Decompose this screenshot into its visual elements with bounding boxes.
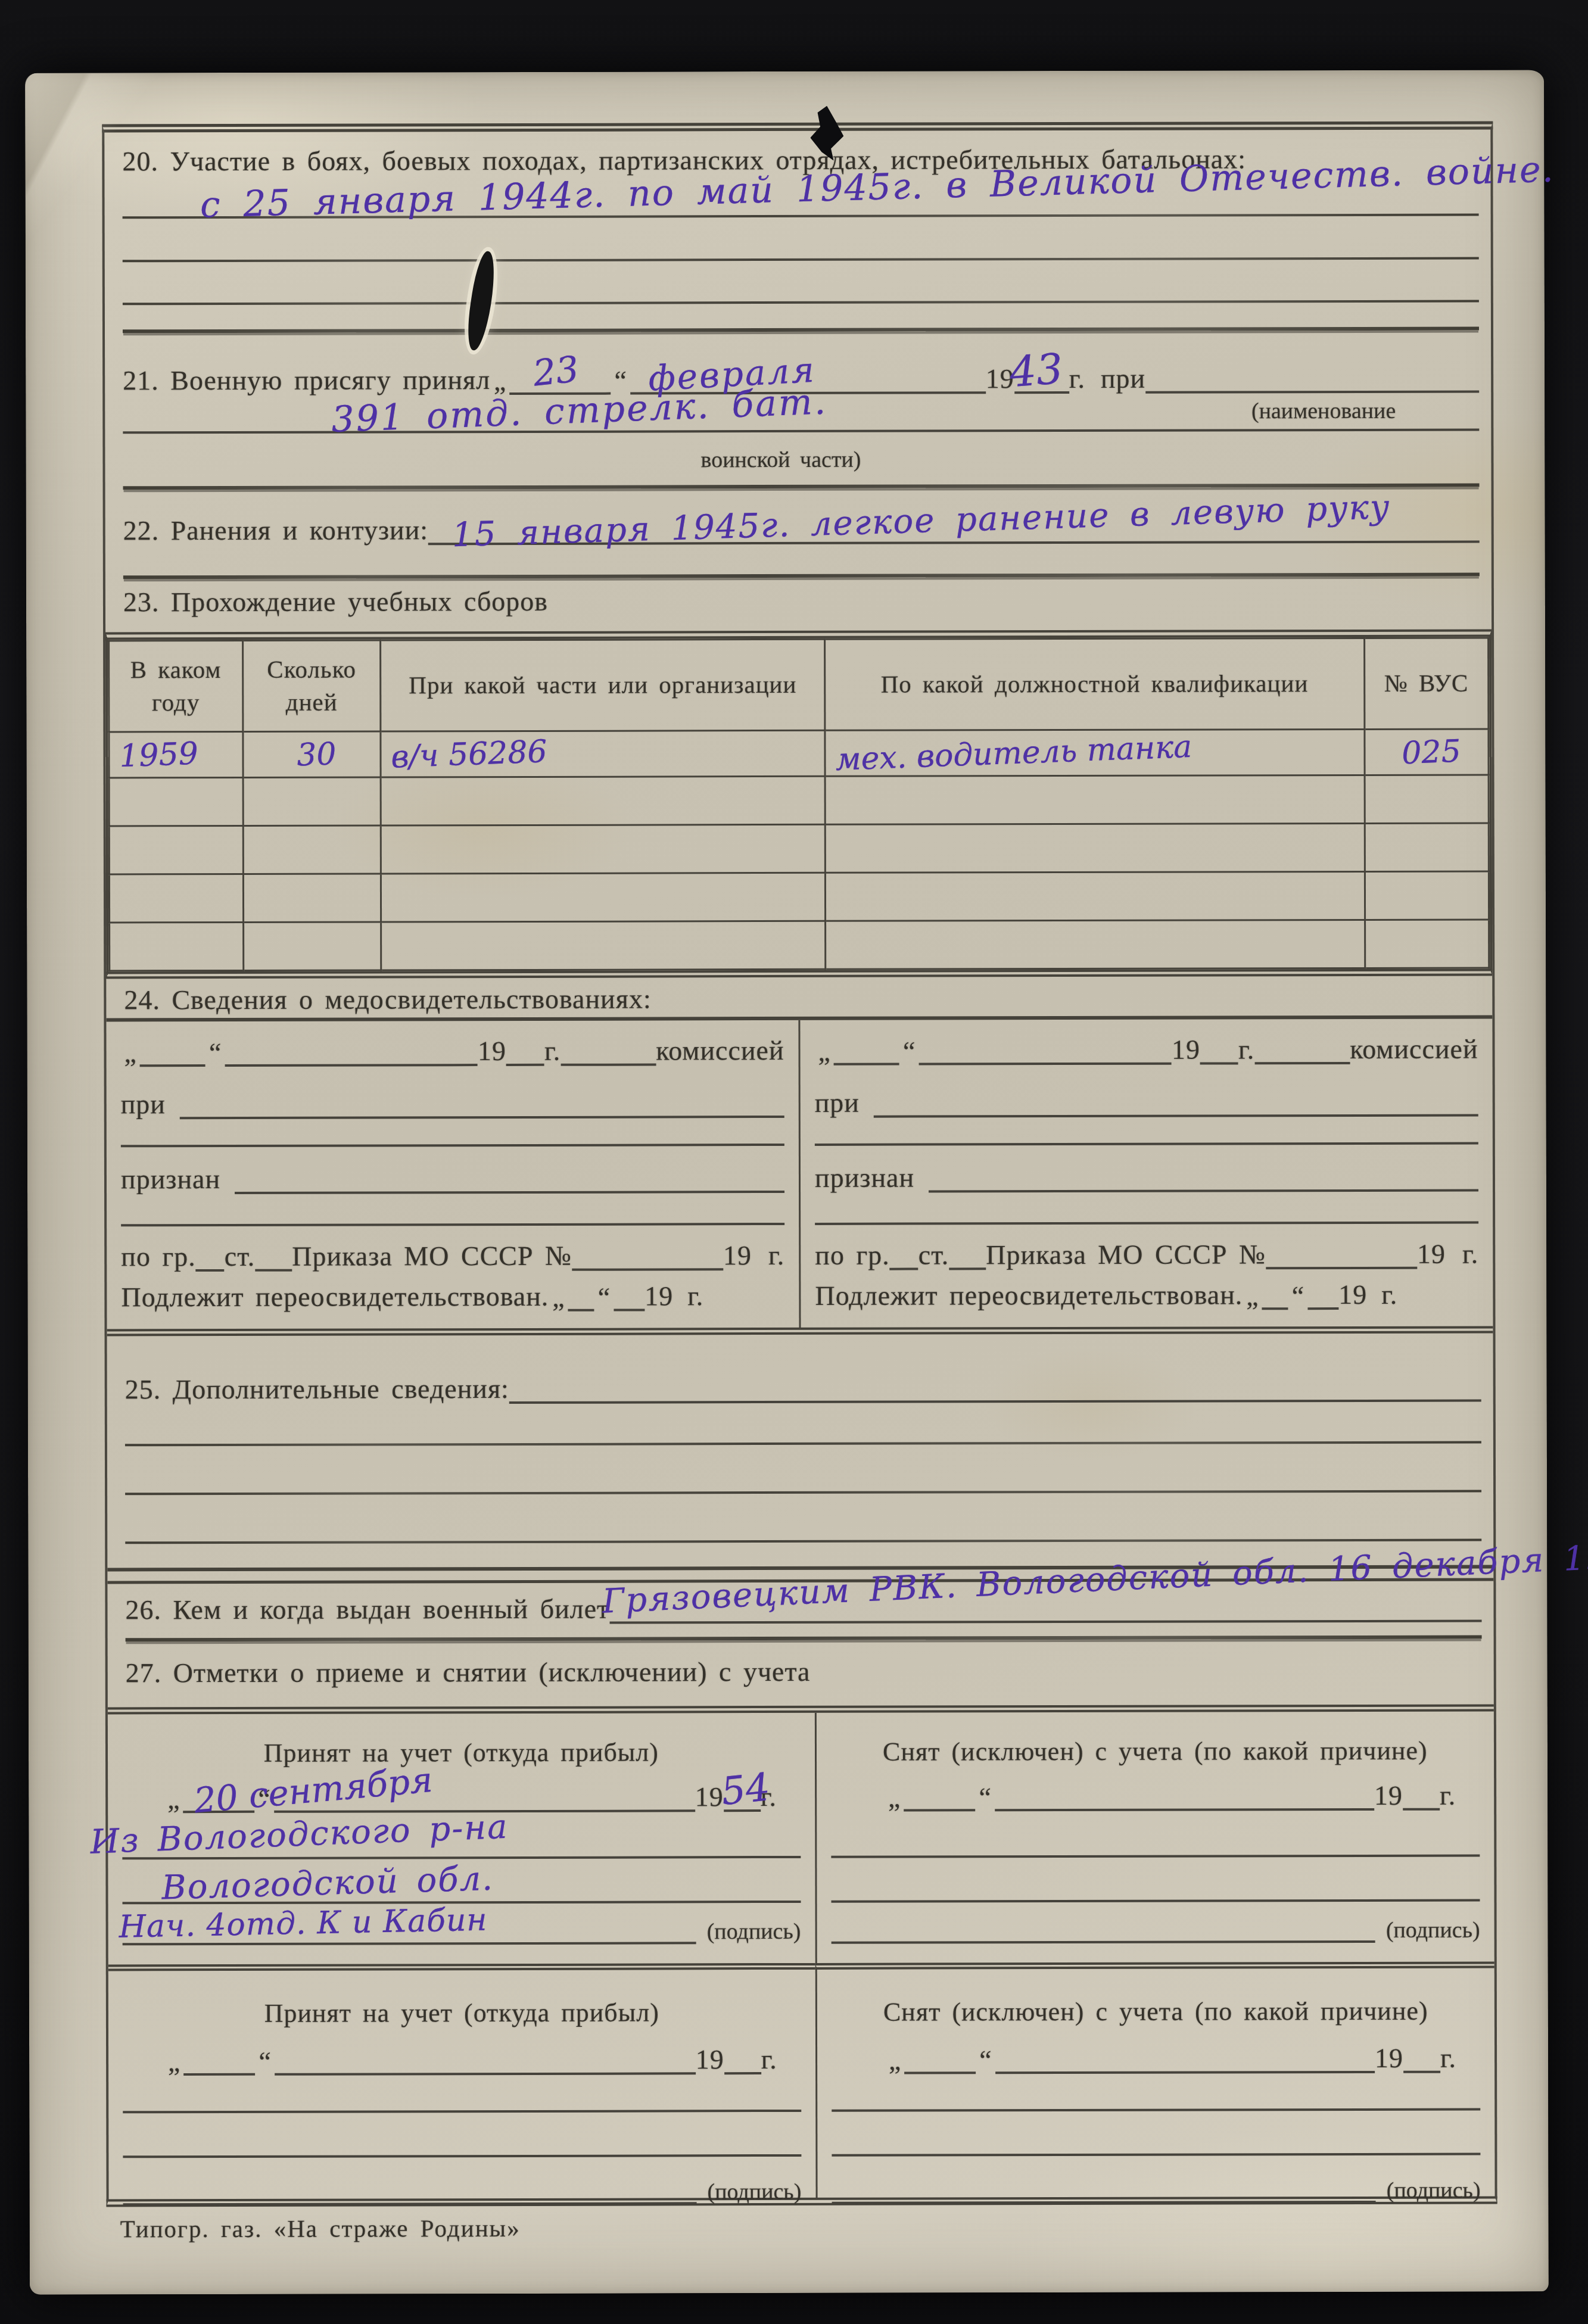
- po-gr-label: по гр.: [815, 1241, 890, 1270]
- col-vus: № ВУС: [1384, 669, 1469, 697]
- section23-label: 23. Прохождение учебных сборов: [123, 587, 548, 617]
- table-header-row: В каком году Сколько дней При какой част…: [109, 638, 1489, 732]
- podpis-label: (подпись): [708, 2180, 802, 2204]
- year-suffix: г.: [761, 2045, 777, 2074]
- table-row: [109, 871, 1489, 923]
- year-prefix: 19: [695, 1783, 724, 1812]
- section25-label: 25. Дополнительные сведения:: [125, 1374, 509, 1404]
- podpis-label: (подпись): [1386, 1918, 1480, 1943]
- blank: [874, 1082, 1478, 1118]
- removed-cell-blank: Снят (исключен) с учета (по какой причин…: [815, 1712, 1494, 1963]
- document-page: 20. Участие в боях, боевых походах, парт…: [25, 70, 1549, 2294]
- po-gr-label: по гр.: [121, 1242, 196, 1272]
- ruled-line: [123, 2110, 801, 2113]
- section21-note-unit: воинской части): [700, 448, 861, 473]
- year-blank: [1403, 2034, 1440, 2073]
- accepted-header: Принят на учет (откуда прибыл): [108, 1738, 815, 1768]
- blank: [235, 1158, 784, 1194]
- month-blank: [275, 2035, 696, 2075]
- quote-open: „: [885, 1784, 904, 1812]
- podpis-label: (подпись): [1387, 2179, 1481, 2203]
- signature-row: (подпись): [831, 1909, 1480, 1944]
- table-row: [109, 775, 1489, 826]
- day-blank: [183, 2036, 255, 2076]
- year-blank: [1403, 1771, 1440, 1811]
- year-prefix: 19: [644, 1282, 673, 1311]
- section26-label: 26. Кем и когда выдан военный билет: [125, 1594, 609, 1625]
- prikaz-label: Приказа МО СССР №: [986, 1240, 1266, 1270]
- med-reexam-row: Подлежит переосвидетельствован. „ “ 19 г…: [121, 1276, 784, 1312]
- prikaz-label: Приказа МО СССР №: [292, 1241, 572, 1272]
- med-priznan-row: признан: [121, 1158, 784, 1194]
- quote-open: „: [164, 2048, 184, 2076]
- ruled-line: [815, 1222, 1478, 1225]
- pri-label: при: [121, 1090, 166, 1120]
- year-blank: 54: [724, 1772, 761, 1812]
- year-suffix: г.: [687, 1282, 703, 1311]
- ruled-line: [123, 257, 1479, 263]
- accepted-cell-blank: Принят на учет (откуда прибыл) „ “ 19 г.…: [108, 1963, 816, 2199]
- month-blank: [995, 2034, 1375, 2074]
- section-divider: [126, 1635, 1482, 1642]
- med-date-row: „ “ 19 г. комиссией: [120, 1029, 784, 1067]
- section22-handwriting: 15 января 1945г. легкое ранение в левую …: [452, 488, 1391, 554]
- ruled-line: [831, 1855, 1480, 1858]
- quote-open: „: [549, 1284, 568, 1311]
- quote-close: “: [255, 2048, 275, 2076]
- commission-label: комиссией: [1350, 1035, 1478, 1064]
- signature-blank: Нач. 4отд. К и Кабин: [123, 1911, 696, 1945]
- med-order-row: по гр. ст. Приказа МО СССР № 19 г.: [815, 1235, 1478, 1270]
- section27-year-handwriting: 54: [719, 1765, 772, 1814]
- ruled-line: [832, 2108, 1480, 2112]
- entry-unit: в/ч 56286: [381, 734, 548, 779]
- year-suffix: г.: [544, 1036, 561, 1066]
- signature-blank: [831, 1909, 1375, 1944]
- commission-label: комиссией: [656, 1036, 784, 1066]
- blank: [509, 1367, 1481, 1404]
- section21-unit-handwriting: 391 отд. стрелк. бат.: [331, 381, 828, 441]
- section-divider: [123, 327, 1479, 334]
- col-unit: При какой части или организации: [409, 671, 796, 699]
- accepted-date-row: „ “ 19 г.: [123, 2035, 801, 2076]
- pri-label: при: [815, 1088, 860, 1118]
- col-year: В каком году: [130, 656, 222, 716]
- med-order-row: по гр. ст. Приказа МО СССР № 19 г.: [121, 1236, 784, 1272]
- quote-open: „: [164, 1786, 183, 1813]
- table-row: [109, 823, 1489, 874]
- section22-row: 22. Ранения и контузии: 15 января 1945г.…: [123, 504, 1480, 546]
- podlezhit-label: Подлежит переосвидетельствован.: [121, 1282, 549, 1312]
- blank: [561, 1029, 656, 1066]
- removed-header: Снят (исключен) с учета (по какой причин…: [817, 1737, 1494, 1767]
- year-prefix: 19: [1417, 1239, 1446, 1269]
- year-prefix: 19: [696, 2045, 724, 2075]
- year-prefix: 19: [1375, 2043, 1403, 2073]
- med-priznan-row: признан: [815, 1157, 1478, 1193]
- blank: [918, 1028, 1172, 1066]
- removed-date-row: „ “ 19 г.: [832, 2034, 1480, 2074]
- section27-origin1-handwriting: Из Вологодского р-на: [89, 1808, 509, 1862]
- training-camps-table: В каком году Сколько дней При какой част…: [105, 630, 1492, 979]
- signature-row: Нач. 4отд. К и Кабин (подпись): [123, 1911, 801, 1945]
- unit-blank: 391 отд. стрелк. бат.: [123, 387, 1479, 434]
- st-label: ст.: [225, 1242, 256, 1272]
- signature-row: (подпись): [123, 2171, 801, 2205]
- blank: [834, 1029, 899, 1066]
- accepted-date-row: „ 20 сентября “ 19 54 г.: [122, 1772, 801, 1813]
- blank: [1254, 1027, 1350, 1064]
- year-prefix: 19: [1338, 1280, 1367, 1310]
- blank: [1262, 1275, 1288, 1310]
- blank: [614, 1277, 644, 1311]
- section-divider: [123, 573, 1480, 580]
- table-row: 1959 30 в/ч 56286 мех. водитель танка 02…: [109, 729, 1489, 778]
- blank: [1200, 1027, 1238, 1064]
- removed-header: Снят (исключен) с учета (по какой причин…: [817, 1997, 1494, 2027]
- ruled-line: [125, 1490, 1481, 1496]
- signature-blank: [832, 2170, 1376, 2204]
- medical-exams-block: „ “ 19 г. комиссией при признан: [106, 1015, 1493, 1337]
- med-reexam-row: Подлежит переосвидетельствован. „ “ 19 г…: [815, 1275, 1478, 1311]
- month-blank: [995, 1771, 1374, 1811]
- blank: [180, 1083, 784, 1119]
- year-suffix: г.: [1462, 1239, 1478, 1269]
- podpis-label: (подпись): [707, 1920, 801, 1944]
- entry-qualification: мех. водитель танка: [825, 729, 1192, 782]
- print-shop-imprint: Типогр. газ. «На страже Родины»: [120, 2215, 521, 2242]
- signature-row: (подпись): [832, 2170, 1480, 2204]
- section21-unit-row: 391 отд. стрелк. бат.: [123, 387, 1479, 434]
- col-qualification: По какой должностной квалификации: [881, 669, 1309, 698]
- day-blank: [904, 1772, 975, 1811]
- wounds-blank: 15 января 1945г. легкое ранение в левую …: [428, 504, 1480, 546]
- med-exam-column-left: „ “ 19 г. комиссией при признан: [106, 1020, 799, 1329]
- blank: [568, 1277, 594, 1311]
- blank: [255, 1237, 292, 1272]
- section27-signature-handwriting: Нач. 4отд. К и Кабин: [119, 1902, 488, 1945]
- ruled-line: [125, 1539, 1481, 1544]
- ruled-line: [123, 2154, 801, 2158]
- quote-close: “: [976, 2046, 995, 2074]
- year-suffix: г.: [1238, 1035, 1254, 1065]
- blank: [890, 1236, 918, 1270]
- removed-date-row: „ “ 19 г.: [831, 1771, 1480, 1812]
- blank: [225, 1029, 478, 1067]
- quote-close: “: [899, 1038, 919, 1066]
- section27-label: 27. Отметки о приеме и снятии (исключени…: [126, 1657, 811, 1688]
- year-prefix: 19: [1172, 1035, 1200, 1065]
- entry-days: 30: [287, 736, 337, 777]
- quote-close: “: [975, 1784, 995, 1811]
- podlezhit-label: Подлежит переосвидетельствован.: [815, 1281, 1243, 1311]
- signature-blank: [123, 2171, 696, 2205]
- entry-vus: 025: [1391, 734, 1462, 775]
- quote-close: “: [1288, 1282, 1308, 1310]
- med-date-row: „ “ 19 г. комиссией: [814, 1027, 1478, 1066]
- form-frame: 20. Участие в боях, боевых походах, парт…: [102, 122, 1497, 2207]
- removed-cell-blank: Снят (исключен) с учета (по какой причин…: [815, 1962, 1495, 2198]
- quote-open: „: [120, 1039, 140, 1067]
- year-blank: 43: [1014, 348, 1069, 394]
- med-pri-row: при: [121, 1083, 784, 1119]
- blank: [572, 1236, 723, 1271]
- year-prefix: 19: [723, 1241, 752, 1270]
- blank: [506, 1029, 544, 1066]
- quote-close: “: [594, 1284, 614, 1311]
- accepted-header: Принят на учет (откуда прибыл): [108, 1998, 815, 2028]
- scan-background: { "tokens": { "open_quote": "„", "close_…: [0, 0, 1588, 2324]
- blank: [949, 1235, 986, 1270]
- section27-origin2-handwriting: Вологодской обл.: [161, 1859, 494, 1908]
- section22-label: 22. Ранения и контузии:: [123, 516, 428, 546]
- month-blank: [274, 1772, 695, 1812]
- section24-label: 24. Сведения о медосвидетельствованиях:: [124, 984, 651, 1015]
- ruled-line: [815, 1142, 1478, 1146]
- day-blank: 23: [509, 350, 611, 395]
- ruled-line: [121, 1223, 784, 1226]
- med-pri-row: при: [815, 1082, 1478, 1118]
- priznan-label: признан: [815, 1163, 914, 1193]
- ruled-line: [123, 300, 1479, 306]
- year-suffix: г.: [1381, 1280, 1397, 1310]
- col-days: Сколько дней: [267, 655, 356, 716]
- section-divider: [123, 484, 1480, 490]
- st-label: ст.: [918, 1241, 949, 1270]
- med-exam-column-right: „ “ 19 г. комиссией при признан: [798, 1019, 1493, 1328]
- day-blank: 20 сентября: [183, 1774, 254, 1813]
- quote-open: „: [885, 2047, 905, 2074]
- ruled-line: [831, 1899, 1480, 1903]
- blank: [140, 1030, 205, 1067]
- year-suffix: г.: [1440, 2043, 1456, 2073]
- year-suffix: г.: [1440, 1781, 1456, 1811]
- year-prefix: 19: [478, 1036, 506, 1066]
- ruled-line: [832, 2153, 1480, 2157]
- year-suffix: г.: [768, 1241, 784, 1270]
- section25-row: 25. Дополнительные сведения:: [125, 1367, 1481, 1405]
- quote-close: “: [205, 1039, 225, 1067]
- ruled-line: [125, 1441, 1481, 1447]
- quote-open: „: [814, 1038, 834, 1066]
- registration-table: Принят на учет (откуда прибыл) „ 20 сент…: [108, 1705, 1495, 2200]
- blank: [1307, 1275, 1338, 1310]
- priznan-label: признан: [121, 1164, 220, 1194]
- blank: [1266, 1235, 1417, 1270]
- year-prefix: 19: [1374, 1781, 1403, 1811]
- blank: [929, 1157, 1478, 1193]
- ruled-line: [121, 1144, 784, 1147]
- day-blank: [904, 2035, 976, 2074]
- quote-open: „: [1243, 1282, 1262, 1310]
- blank: [196, 1237, 225, 1272]
- entry-year: 1959: [109, 736, 199, 778]
- accepted-cell-filled: Принят на учет (откуда прибыл) „ 20 сент…: [108, 1713, 815, 1964]
- table-row: [110, 920, 1489, 971]
- year-blank: [724, 2035, 761, 2074]
- imprint-text: Типогр. газ. «На страже Родины»: [120, 2214, 521, 2242]
- section21-day-handwriting: 23: [531, 348, 581, 395]
